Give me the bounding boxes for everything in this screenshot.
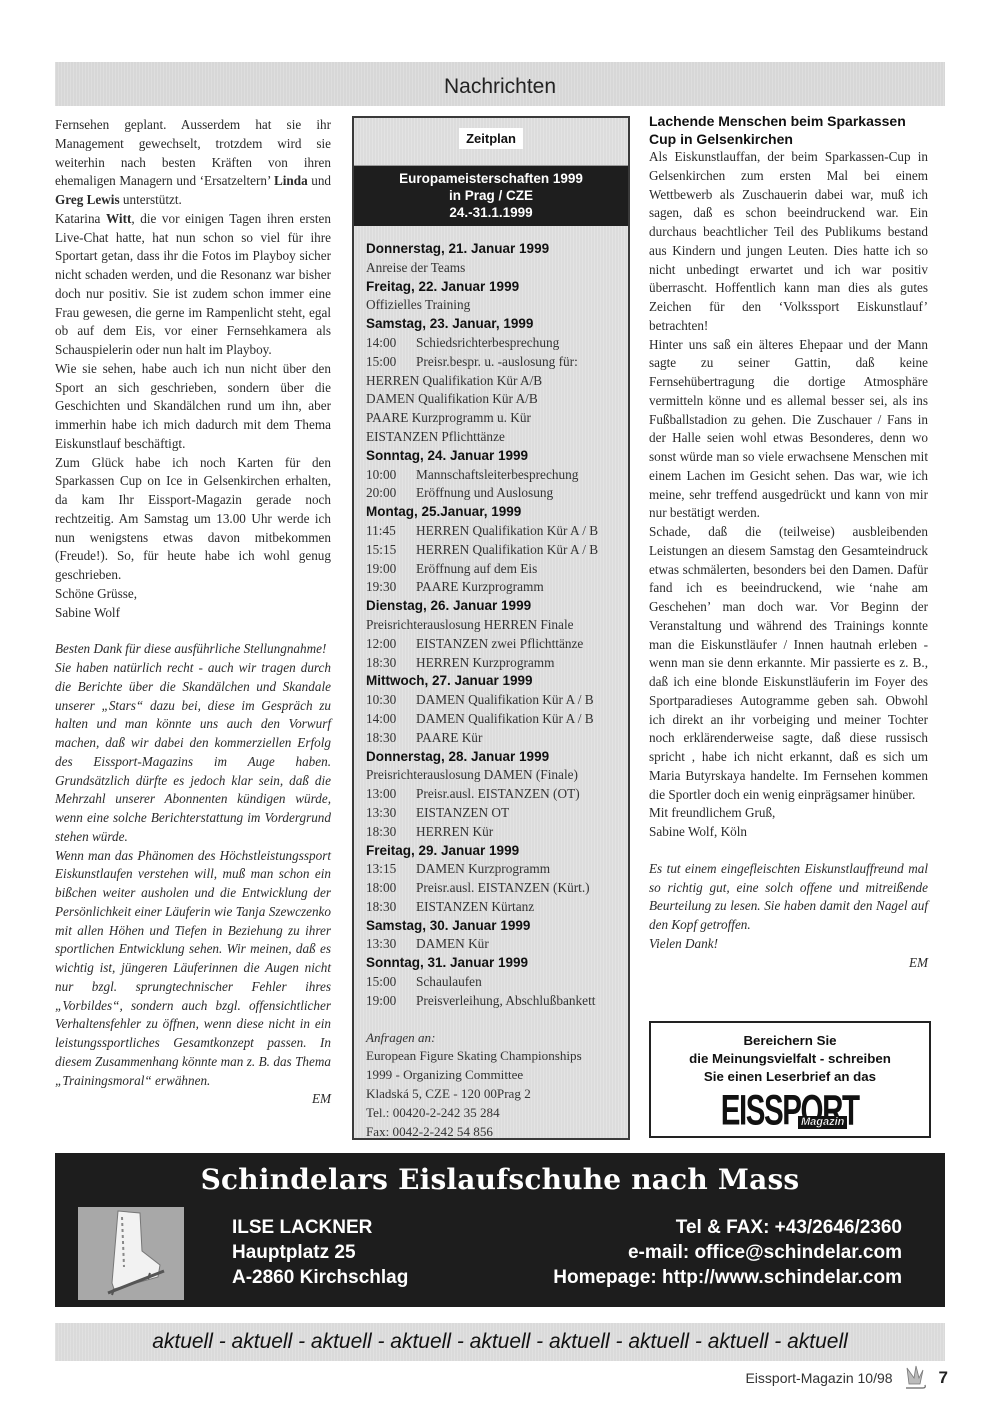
event-text: Schaulaufen: [416, 974, 482, 989]
event-text: DAMEN Qualifikation Kür A/B: [366, 391, 538, 406]
ad-title: Schindelars Eislaufschuhe nach Mass: [55, 1163, 945, 1196]
event-text: PAARE Kurzprogramm: [416, 579, 544, 594]
letter-paragraph: Fernsehen geplant. Ausserdem hat sie ihr…: [55, 116, 331, 210]
event-text: DAMEN Qualifikation Kür A / B: [416, 692, 594, 707]
schedule-day: Montag, 25.Januar, 1999: [366, 503, 628, 522]
advertisement-banner: Schindelars Eislaufschuhe nach Mass ILSE…: [55, 1153, 945, 1307]
event-text: EISTANZEN zwei Pflichttänze: [416, 636, 583, 651]
editor-reply: Wenn man das Phänomen des Höchstleistung…: [55, 847, 331, 1091]
schedule-event: EISTANZEN Pflichttänze: [366, 428, 628, 447]
schedule-event: PAARE Kurzprogramm u. Kür: [366, 409, 628, 428]
schedule-event: 14:00Schiedsrichterbesprechung: [366, 334, 628, 353]
event-text: DAMEN Qualifikation Kür A / B: [416, 711, 594, 726]
event-time: 18:30: [366, 654, 416, 673]
editor-signature: EM: [649, 954, 928, 973]
letter-paragraph: Wie sie sehen, habe auch ich nun nicht ü…: [55, 360, 331, 454]
editor-reply: Sie haben natürlich recht - auch wir tra…: [55, 659, 331, 847]
schedule-event: 19:00Eröffnung auf dem Eis: [366, 560, 628, 579]
event-text: EISTANZEN OT: [416, 805, 509, 820]
schedule-event: 12:00EISTANZEN zwei Pflichttänze: [366, 635, 628, 654]
event-time: 15:15: [366, 541, 416, 560]
ad-address: ILSE LACKNER Hauptplatz 25 A-2860 Kirchs…: [232, 1215, 408, 1290]
schedule-event: 13:30EISTANZEN OT: [366, 804, 628, 823]
schedule-day: Sonntag, 24. Januar 1999: [366, 447, 628, 466]
editor-signature: EM: [55, 1090, 331, 1109]
schedule-event: 10:30DAMEN Qualifikation Kür A / B: [366, 691, 628, 710]
letter-paragraph: Als Eiskunstlauffan, der beim Sparkassen…: [649, 148, 928, 336]
letter-paragraph: Schade, daß die (teilweise) ausbleibende…: [649, 523, 928, 804]
editor-reply-thanks: Vielen Dank!: [649, 935, 928, 954]
skater-logo-icon: [901, 1364, 929, 1392]
schedule-event: 19:00Preisverleihung, Abschlußbankett: [366, 992, 628, 1011]
event-time: 19:00: [366, 992, 416, 1011]
schedule-event: 13:00Preisr.ausl. EISTANZEN (OT): [366, 785, 628, 804]
schedule-event: 15:00Preisr.bespr. u. -auslosung für:: [366, 353, 628, 372]
event-time: 13:30: [366, 804, 416, 823]
event-text: Preisrichterauslosung DAMEN (Finale): [366, 767, 578, 782]
schedule-day: Donnerstag, 28. Januar 1999: [366, 748, 628, 767]
left-column: Fernsehen geplant. Ausserdem hat sie ihr…: [55, 116, 331, 1109]
event-text: HERREN Qualifikation Kür A/B: [366, 373, 542, 388]
event-text: Preisverleihung, Abschlußbankett: [416, 993, 595, 1008]
schedule-day: Samstag, 30. Januar 1999: [366, 917, 628, 936]
event-text: Preisr.bespr. u. -auslosung für:: [416, 354, 578, 369]
schedule-event: Preisrichterauslosung DAMEN (Finale): [366, 766, 628, 785]
schedule-day: Donnerstag, 21. Januar 1999: [366, 240, 628, 259]
aktuell-bar: aktuell - aktuell - aktuell - aktuell - …: [55, 1323, 945, 1361]
letter-greeting: Schöne Grüsse,: [55, 585, 331, 604]
event-text: Preisr.ausl. EISTANZEN (OT): [416, 786, 580, 801]
event-time: 19:30: [366, 578, 416, 597]
event-time: 13:15: [366, 860, 416, 879]
event-text: Eröffnung und Auslosung: [416, 485, 553, 500]
event-text: HERREN Qualifikation Kür A / B: [416, 523, 598, 538]
schedule-event: 19:30PAARE Kurzprogramm: [366, 578, 628, 597]
event-text: HERREN Kür: [416, 824, 493, 839]
event-text: Anreise der Teams: [366, 260, 465, 275]
schedule-day: Freitag, 22. Januar 1999: [366, 278, 628, 297]
schedule-event: 14:00DAMEN Qualifikation Kür A / B: [366, 710, 628, 729]
section-header: Nachrichten: [55, 62, 945, 106]
schedule-event: 11:45HERREN Qualifikation Kür A / B: [366, 522, 628, 541]
event-time: 13:30: [366, 935, 416, 954]
schedule-day: Mittwoch, 27. Januar 1999: [366, 672, 628, 691]
event-time: 18:30: [366, 729, 416, 748]
letter-paragraph: Hinter uns saß ein älteres Ehepaar und d…: [649, 336, 928, 524]
schedule-event: 13:15DAMEN Kurzprogramm: [366, 860, 628, 879]
right-column: Lachende Menschen beim Sparkassen Cup in…: [649, 112, 928, 972]
event-time: 20:00: [366, 484, 416, 503]
event-text: Eröffnung auf dem Eis: [416, 561, 537, 576]
event-text: EISTANZEN Pflichttänze: [366, 429, 505, 444]
event-time: 18:30: [366, 898, 416, 917]
event-time: 18:00: [366, 879, 416, 898]
letter-author: Sabine Wolf, Köln: [649, 823, 928, 842]
event-text: Preisrichterauslosung HERREN Finale: [366, 617, 574, 632]
schedule-label: Zeitplan: [459, 128, 523, 149]
schedule-event: Offizielles Training: [366, 296, 628, 315]
editor-reply: Besten Dank für diese ausführliche Stell…: [55, 640, 331, 659]
schedule-banner: Europameisterschaften 1999 in Prag / CZE…: [354, 166, 628, 226]
schedule-event: 18:00Preisr.ausl. EISTANZEN (Kürt.): [366, 879, 628, 898]
schedule-event: 18:30PAARE Kür: [366, 729, 628, 748]
schedule-event: 10:00Mannschaftsleiterbesprechung: [366, 466, 628, 485]
event-time: 11:45: [366, 522, 416, 541]
event-time: 14:00: [366, 710, 416, 729]
page-number: 7: [939, 1368, 948, 1388]
event-time: 18:30: [366, 823, 416, 842]
event-time: 10:00: [366, 466, 416, 485]
section-title: Nachrichten: [444, 69, 556, 99]
letter-greeting: Mit freundlichem Gruß,: [649, 804, 928, 823]
eissport-logo: EISSPORT Magazin: [651, 1090, 929, 1130]
schedule-event: 20:00Eröffnung und Auslosung: [366, 484, 628, 503]
schedule-box: Zeitplan Europameisterschaften 1999 in P…: [352, 116, 630, 1140]
event-time: 12:00: [366, 635, 416, 654]
event-text: DAMEN Kurzprogramm: [416, 861, 550, 876]
contact-block: Anfragen an: European Figure Skating Cha…: [366, 1029, 628, 1142]
schedule-event: HERREN Qualifikation Kür A/B: [366, 372, 628, 391]
event-time: 13:00: [366, 785, 416, 804]
event-text: Mannschaftsleiterbesprechung: [416, 467, 578, 482]
ad-homepage-link[interactable]: Homepage: http://www.schindelar.com: [553, 1265, 902, 1290]
event-text: EISTANZEN Kürtanz: [416, 899, 534, 914]
event-text: PAARE Kür: [416, 730, 482, 745]
schedule-day: Sonntag, 31. Januar 1999: [366, 954, 628, 973]
event-time: 10:30: [366, 691, 416, 710]
letter-paragraph: Katarina Witt, die vor einigen Tagen ihr…: [55, 210, 331, 360]
schedule-list: Donnerstag, 21. Januar 1999Anreise der T…: [354, 226, 628, 1011]
event-text: PAARE Kurzprogramm u. Kür: [366, 410, 531, 425]
event-text: DAMEN Kür: [416, 936, 489, 951]
schedule-day: Dienstag, 26. Januar 1999: [366, 597, 628, 616]
ad-contact: Tel & FAX: +43/2646/2360 e-mail: office@…: [553, 1215, 902, 1290]
schedule-event: 18:30HERREN Kür: [366, 823, 628, 842]
schedule-event: DAMEN Qualifikation Kür A/B: [366, 390, 628, 409]
schedule-event: Anreise der Teams: [366, 259, 628, 278]
event-text: Schiedsrichterbesprechung: [416, 335, 559, 350]
event-time: 15:00: [366, 973, 416, 992]
schedule-day: Samstag, 23. Januar, 1999: [366, 315, 628, 334]
event-text: HERREN Kurzprogramm: [416, 655, 554, 670]
schedule-event: 18:30EISTANZEN Kürtanz: [366, 898, 628, 917]
event-time: 14:00: [366, 334, 416, 353]
article-title: Lachende Menschen beim Sparkassen Cup in…: [649, 112, 928, 148]
schedule-event: 15:15HERREN Qualifikation Kür A / B: [366, 541, 628, 560]
event-time: 19:00: [366, 560, 416, 579]
schedule-event: 13:30DAMEN Kür: [366, 935, 628, 954]
page-footer: Eissport-Magazin 10/98 7: [745, 1364, 948, 1392]
ad-email-link[interactable]: e-mail: office@schindelar.com: [553, 1240, 902, 1265]
schedule-event: 15:00Schaulaufen: [366, 973, 628, 992]
letter-paragraph: Zum Glück habe ich noch Karten für den S…: [55, 454, 331, 585]
letter-promo-box: Bereichern Sie die Meinungsvielfalt - sc…: [649, 1021, 931, 1138]
letter-author: Sabine Wolf: [55, 604, 331, 623]
event-text: HERREN Qualifikation Kür A / B: [416, 542, 598, 557]
schedule-event: Preisrichterauslosung HERREN Finale: [366, 616, 628, 635]
editor-reply: Es tut einem eingefleischten Eiskunstlau…: [649, 860, 928, 935]
ice-skate-image: [78, 1207, 184, 1300]
event-text: Preisr.ausl. EISTANZEN (Kürt.): [416, 880, 590, 895]
event-text: Offizielles Training: [366, 297, 470, 312]
magazine-issue: Eissport-Magazin 10/98: [745, 1370, 892, 1386]
schedule-day: Freitag, 29. Januar 1999: [366, 842, 628, 861]
schedule-event: 18:30HERREN Kurzprogramm: [366, 654, 628, 673]
event-time: 15:00: [366, 353, 416, 372]
